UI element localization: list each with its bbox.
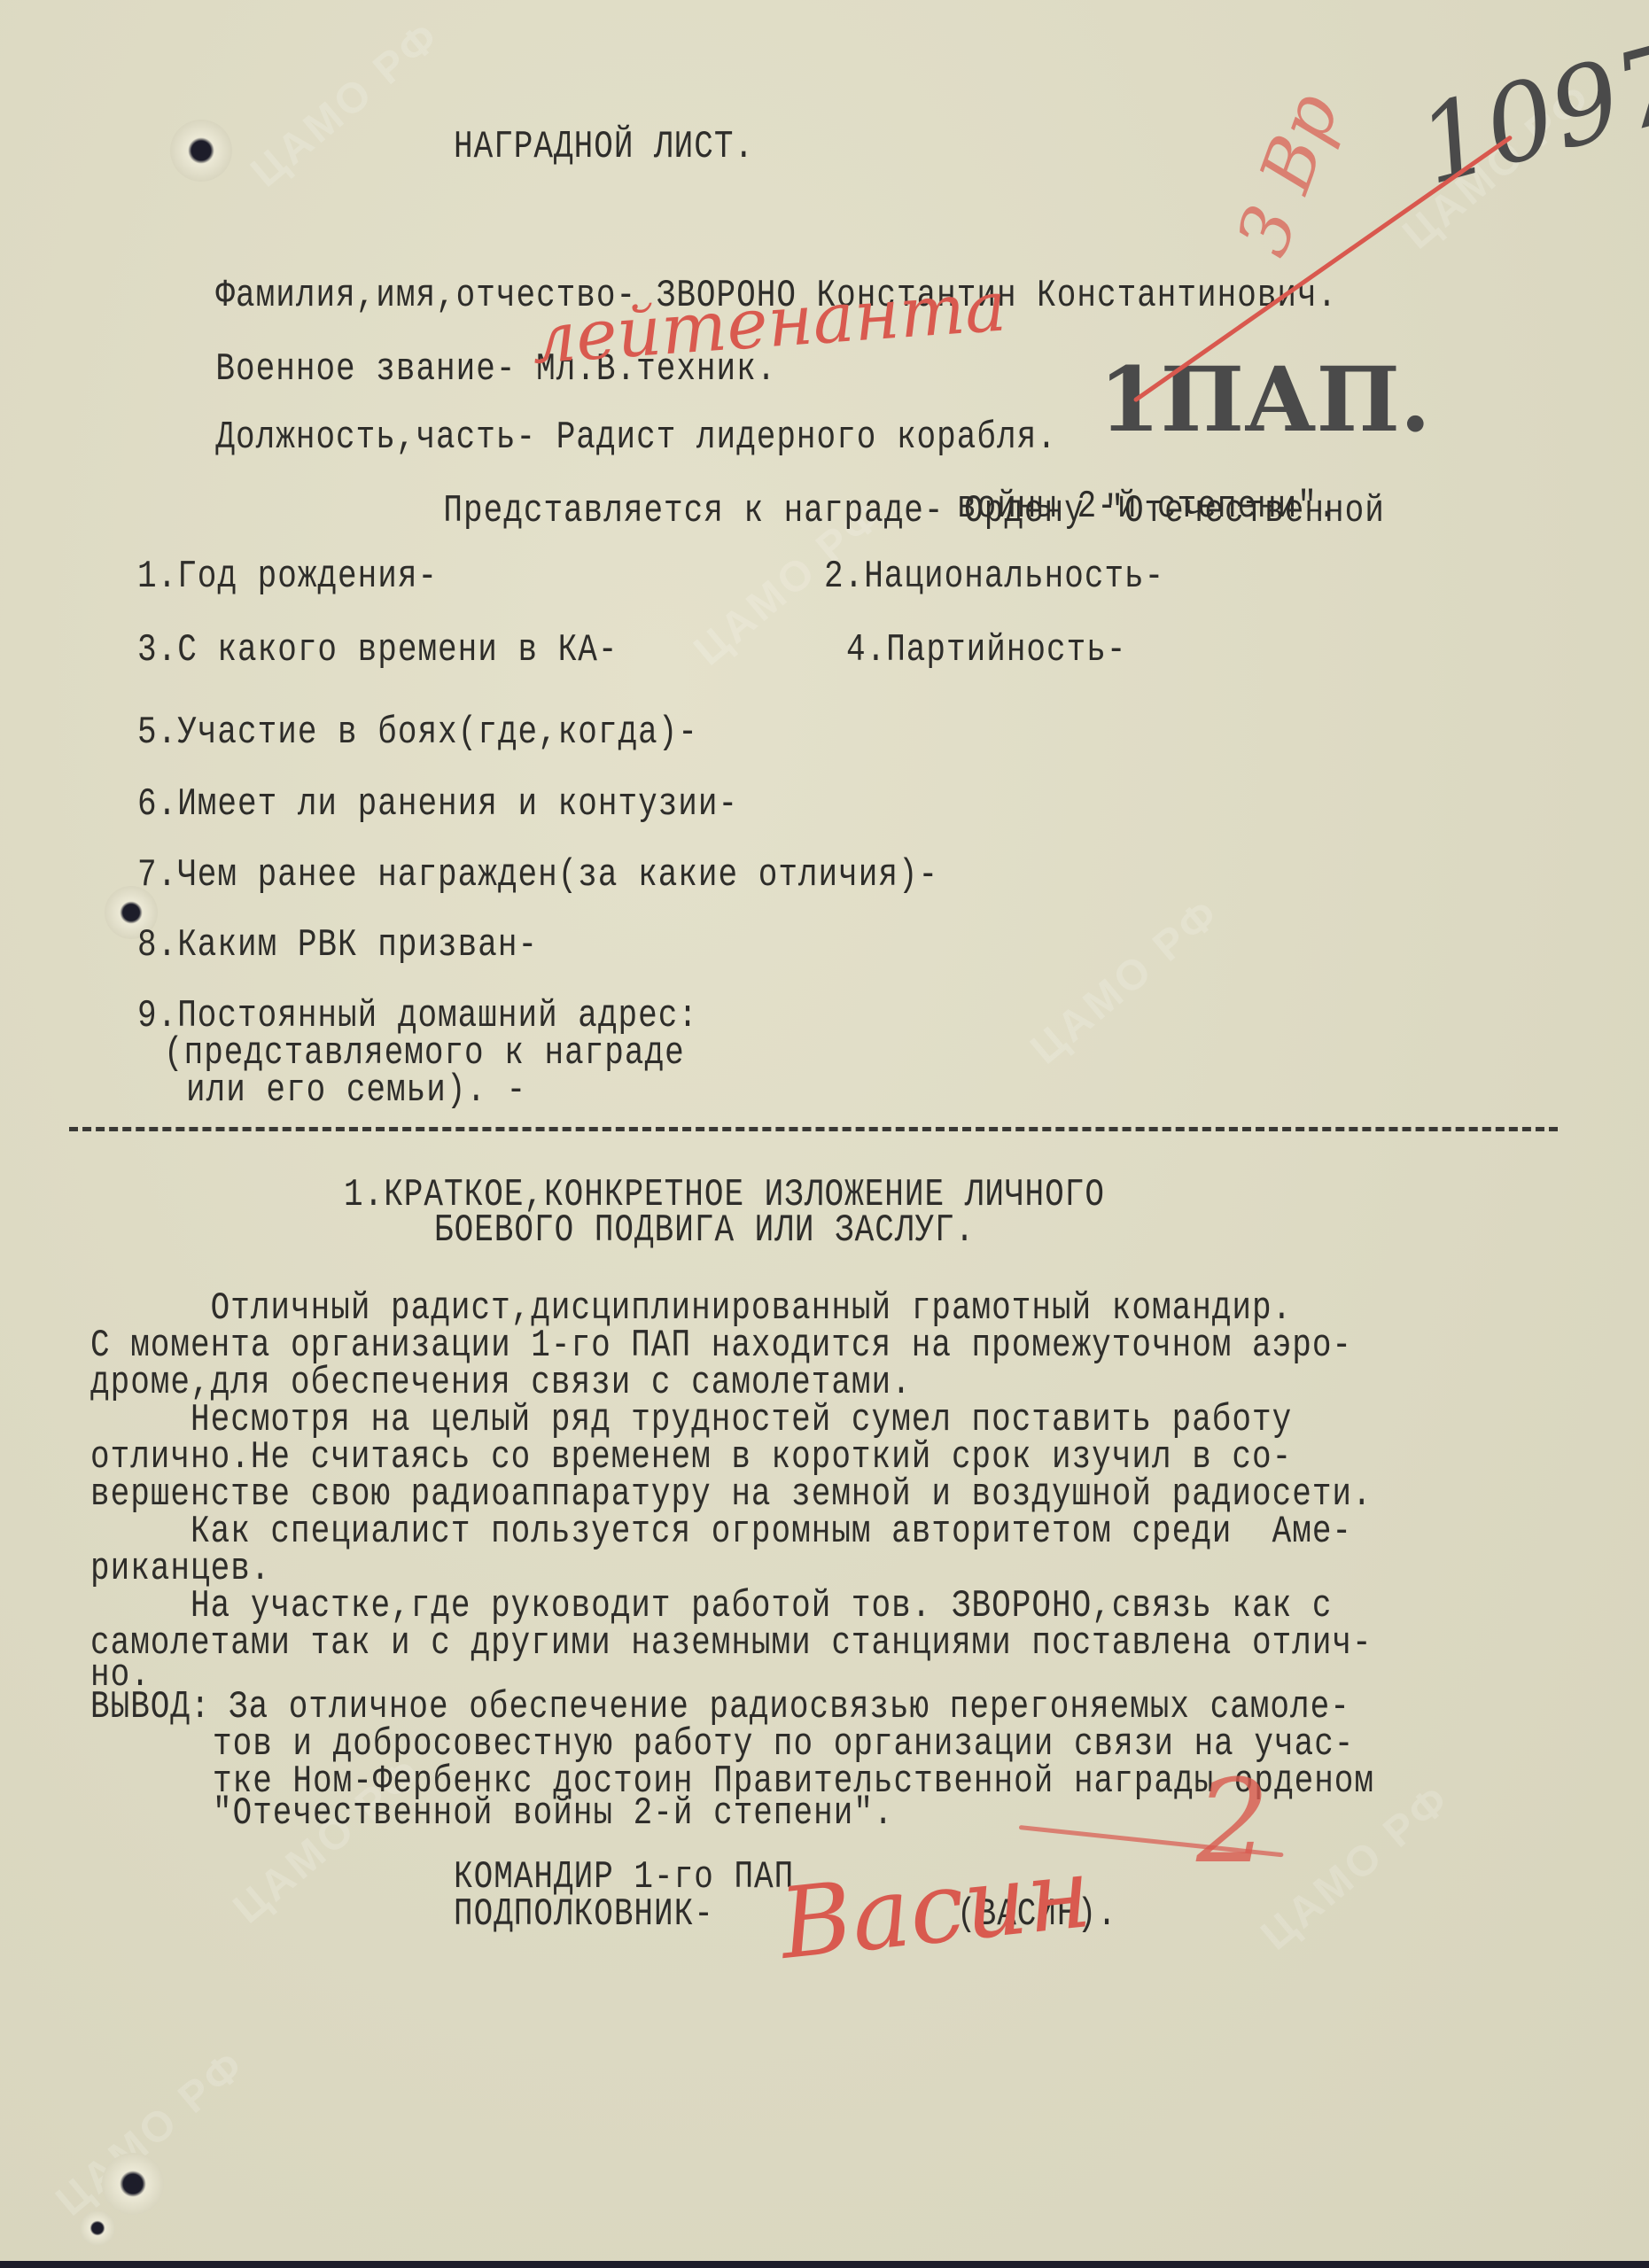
- question-wounds: 6.Имеет ли ранения и контузии-: [137, 783, 738, 826]
- signature-rank: ПОДПОЛКОВНИК-: [454, 1893, 714, 1936]
- punch-hole: [170, 120, 232, 182]
- body-line: Как специалист пользуется огромным автор…: [90, 1511, 1352, 1553]
- handwritten-red-digit: 2: [1196, 1754, 1270, 1889]
- question-draft-office: 8.Каким РВК призван-: [137, 924, 538, 967]
- award-sheet-page: ЦАМО РФ ЦАМО РФ ЦАМО РФ ЦАМО РФ ЦАМО РФ …: [0, 0, 1649, 2261]
- conclusion-line: "Отечественной войны 2-й степени".: [213, 1792, 894, 1835]
- award-value-cont: войны 2-й степени".: [957, 485, 1337, 528]
- punch-hole: [80, 2210, 115, 2246]
- document-title: НАГРАДНОЙ ЛИСТ.: [454, 126, 754, 168]
- handwritten-unit: 1ПАП.: [1099, 347, 1431, 452]
- conclusion-label: ВЫВОД:: [90, 1686, 211, 1728]
- section-heading-line2: БОЕВОГО ПОДВИГА ИЛИ ЗАСЛУГ.: [434, 1209, 975, 1252]
- question-battles: 5.Участие в боях(где,когда)-: [137, 711, 698, 754]
- award-label: Представляется к награде-: [443, 489, 944, 532]
- handwritten-signature: Васин: [774, 1836, 1096, 1981]
- section-divider: [69, 1127, 1558, 1131]
- watermark: ЦАМО РФ: [1022, 889, 1230, 1075]
- question-address-line3: или его семьи). -: [186, 1069, 526, 1112]
- question-birth-year: 1.Год рождения-: [137, 555, 438, 598]
- body-line: самолетами так и с другими наземными ста…: [90, 1622, 1373, 1665]
- question-prior-awards: 7.Чем ранее награжден(за какие отличия)-: [137, 854, 938, 897]
- punch-hole: [102, 2153, 164, 2215]
- question-party: 4.Партийность-: [846, 629, 1126, 672]
- question-nationality: 2.Национальность-: [824, 555, 1164, 598]
- watermark: ЦАМО РФ: [242, 12, 450, 198]
- question-service-since: 3.С какого времени в КА-: [137, 629, 618, 672]
